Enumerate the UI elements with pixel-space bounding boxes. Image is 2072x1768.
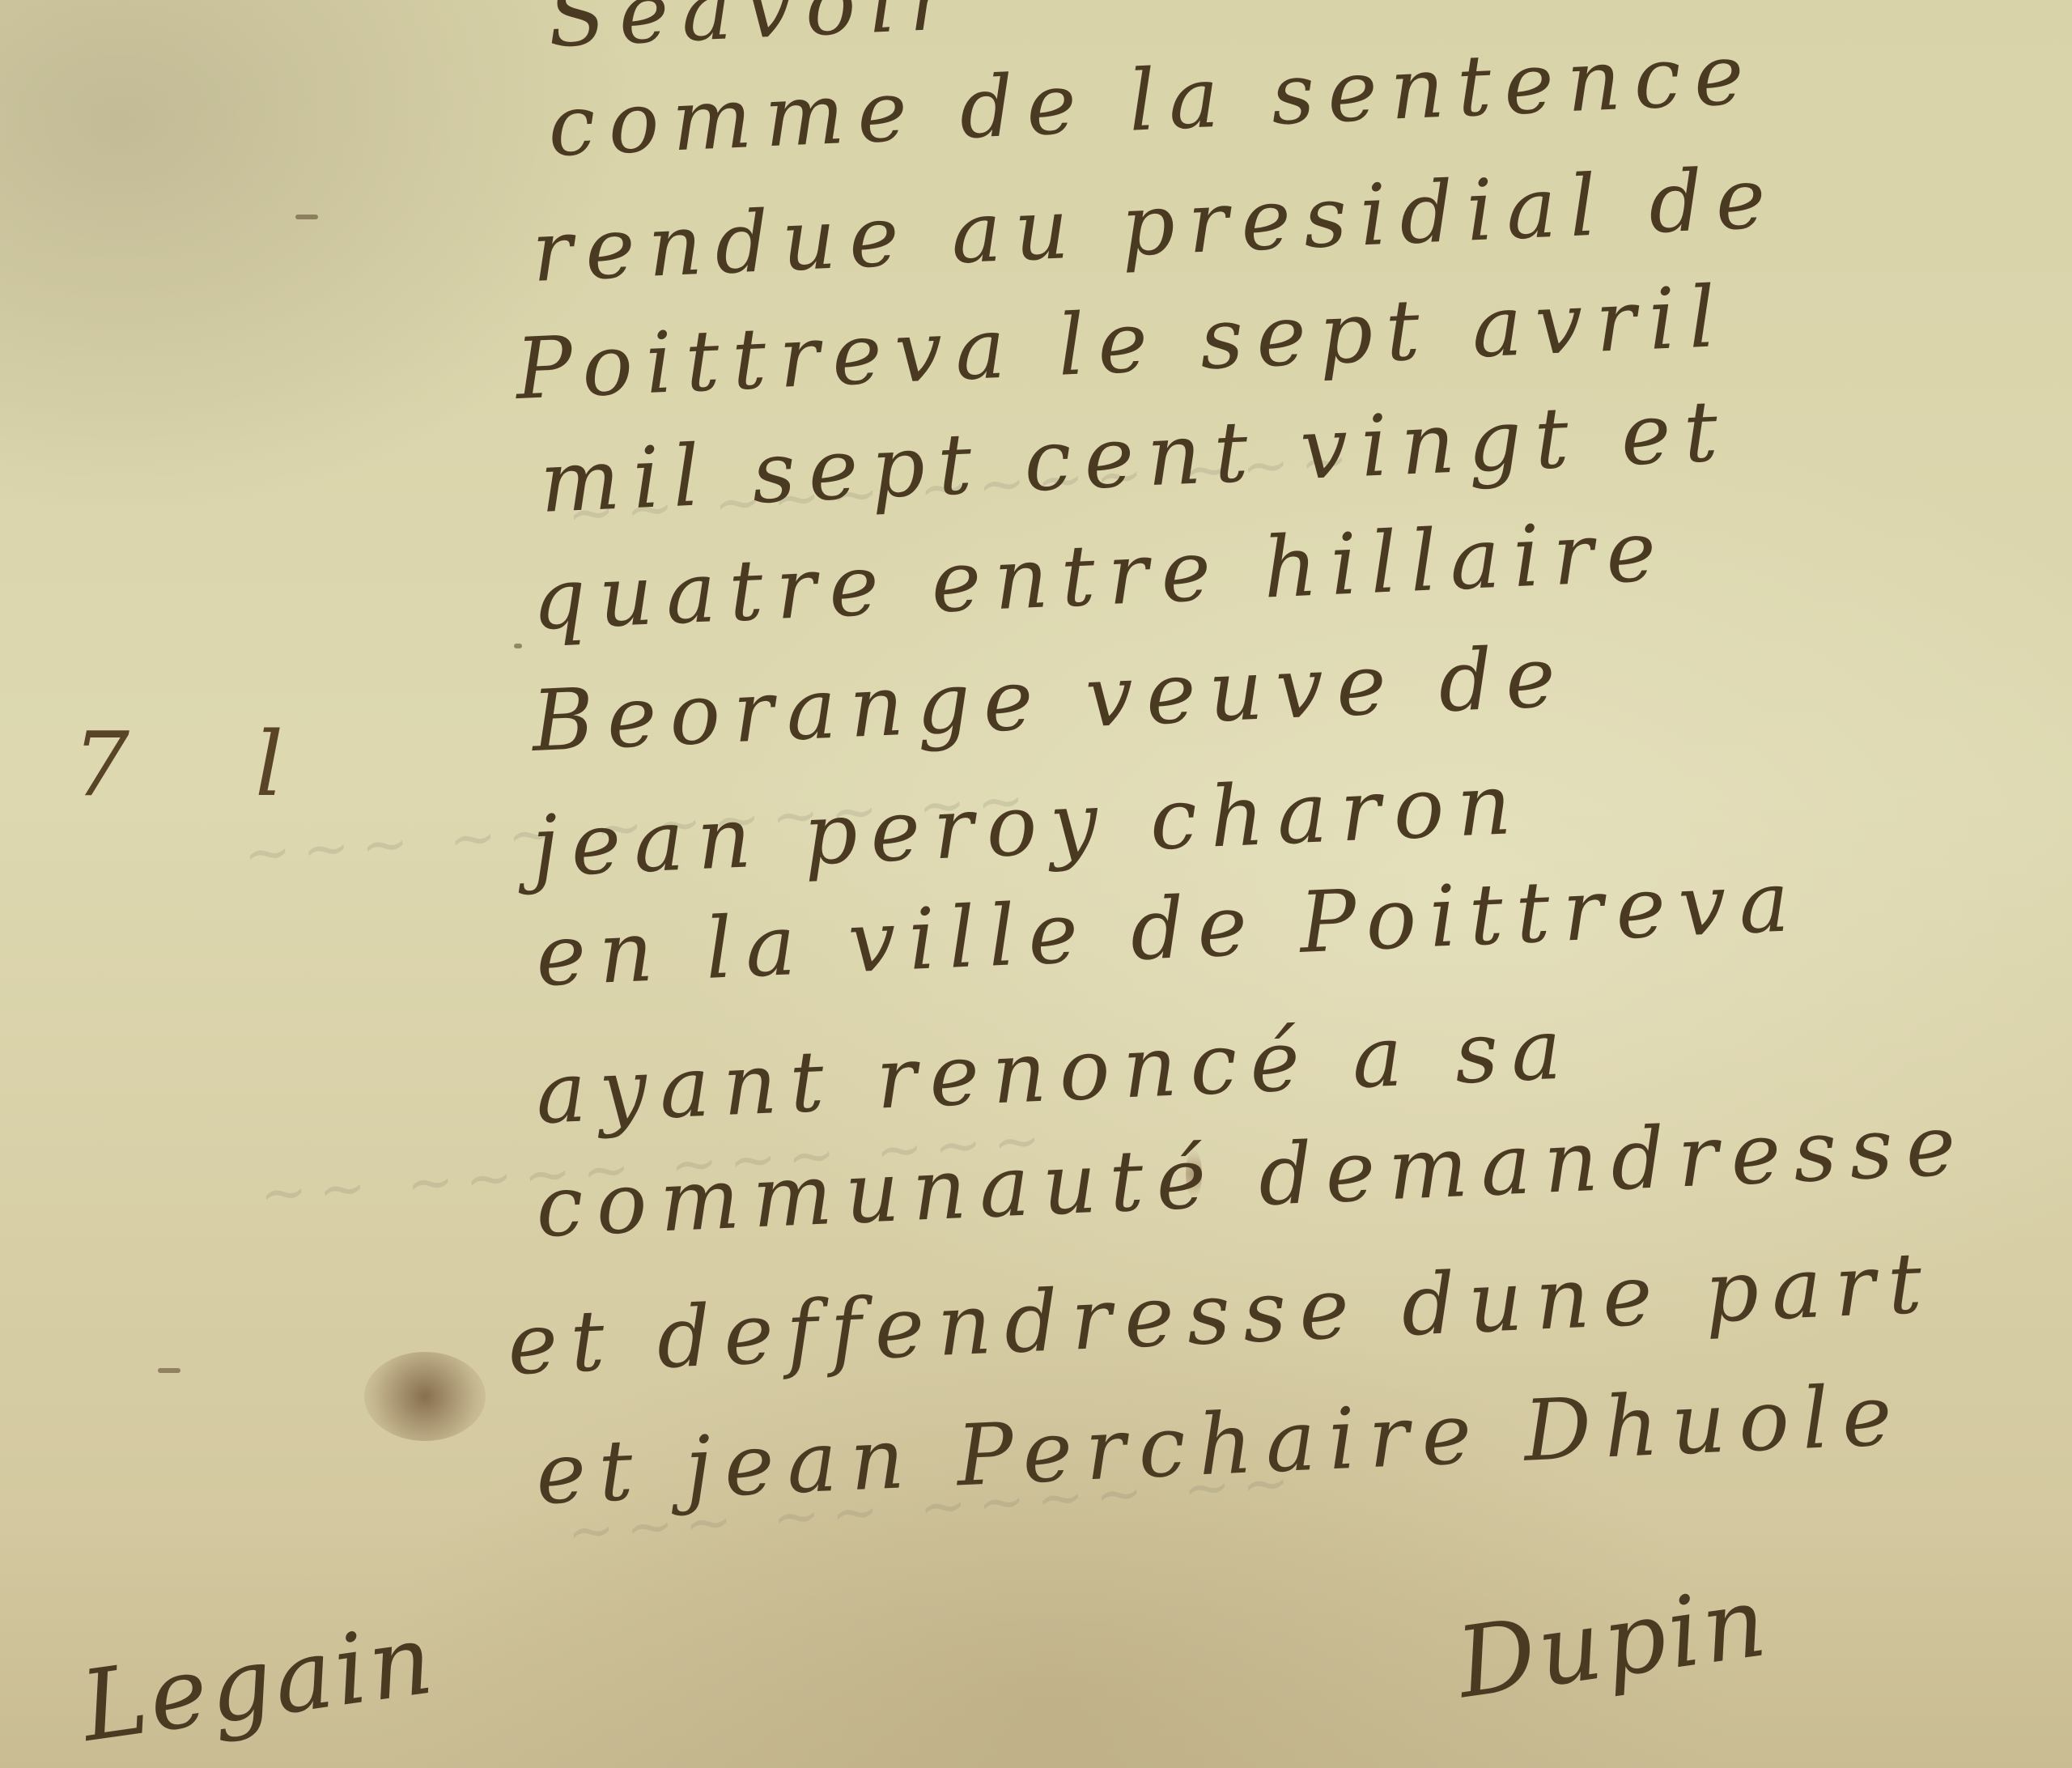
margin-mark [514,644,522,648]
margin-note: 7 l [73,712,332,816]
margin-mark [158,1368,180,1373]
ink-blot [364,1352,486,1441]
margin-mark [295,215,318,219]
